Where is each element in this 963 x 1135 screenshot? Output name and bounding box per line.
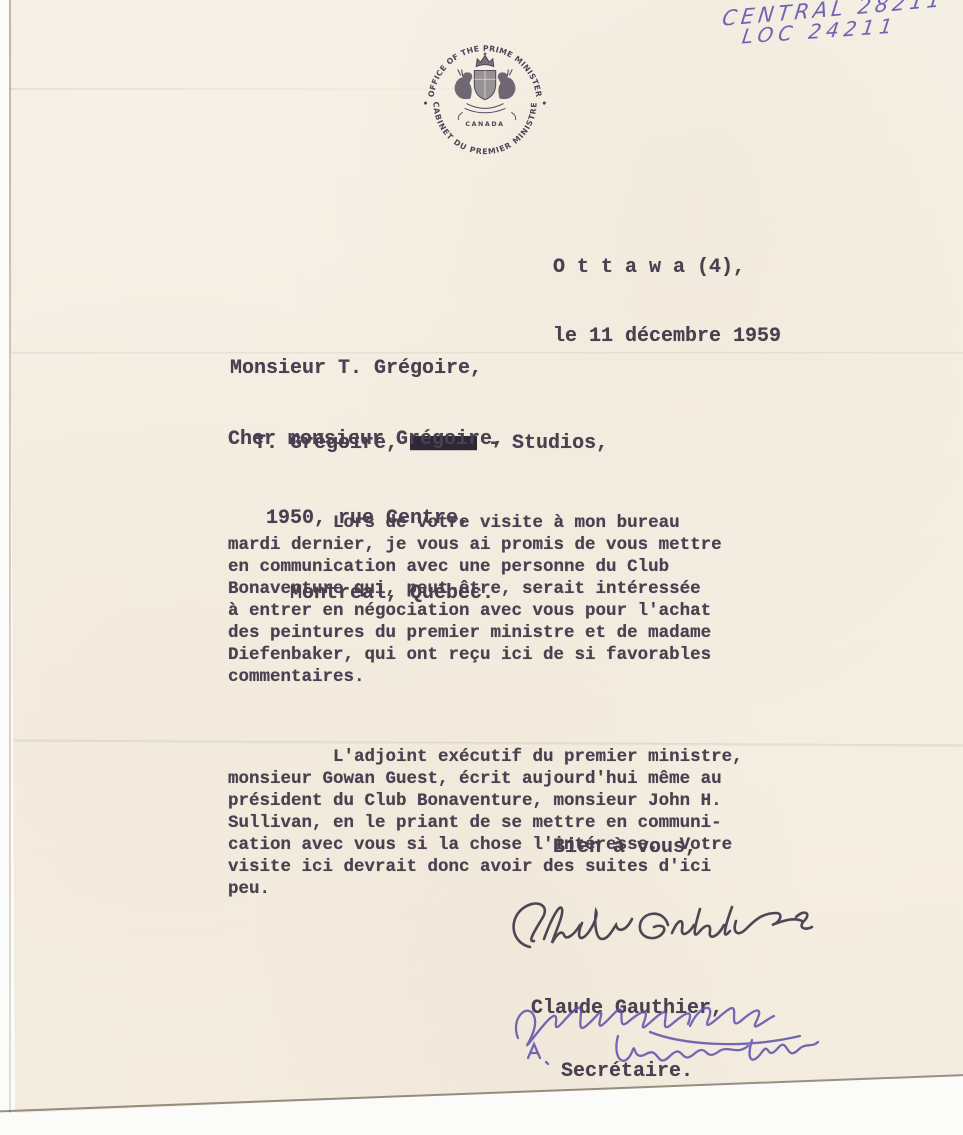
- svg-text:CABINET DU PREMIER MINISTRE: CABINET DU PREMIER MINISTRE: [431, 101, 538, 156]
- body-line: Diefenbaker, qui ont reçu ici de si favo…: [228, 644, 743, 666]
- body-line: à entrer en négociation avec vous pour l…: [228, 600, 743, 622]
- seal-bottom-text: CABINET DU PREMIER MINISTRE: [431, 101, 538, 156]
- letter-paper: CENTRAL 28211 LOC 24211 OFFICE OF THE PR…: [0, 0, 963, 1135]
- signature-ink: [500, 891, 820, 965]
- body-line: monsieur Gowan Guest, écrit aujourd'hui …: [228, 768, 743, 790]
- body-line: commentaires.: [228, 666, 743, 688]
- body-line: Sullivan, en le priant de se mettre en c…: [228, 812, 743, 834]
- body-line: mardi dernier, je vous ai promis de vous…: [228, 534, 743, 556]
- seal-separator-left: •: [423, 99, 429, 109]
- prime-minister-seal: OFFICE OF THE PRIME MINISTER CABINET DU …: [412, 42, 558, 168]
- body-line: des peintures du premier ministre et de …: [228, 622, 743, 644]
- dateline-city: O t t a w a (4),: [553, 256, 781, 279]
- pen-scribble: [500, 996, 890, 1086]
- body-line: visite ici devrait donc avoir des suites…: [228, 856, 743, 878]
- scanned-letter: CENTRAL 28211 LOC 24211 OFFICE OF THE PR…: [0, 0, 963, 1135]
- body-line: Bonaventure qui, peut-être, serait intér…: [228, 578, 743, 600]
- letter-body: Lors de votre visite à mon bureaumardi d…: [228, 468, 743, 944]
- recipient-line: Monsieur T. Grégoire,: [230, 356, 608, 381]
- seal-canada-caption: CANADA: [465, 121, 504, 128]
- salutation: Cher monsieur Grégoire,: [228, 428, 504, 451]
- royal-coat-of-arms-icon: [455, 52, 516, 120]
- paper-left-edge: [9, 0, 11, 1113]
- body-line: en communication avec une personne du Cl…: [228, 556, 743, 578]
- closing-phrase: Bien à vous,: [553, 836, 697, 859]
- body-line: L'adjoint exécutif du premier ministre,: [228, 746, 743, 768]
- seal-separator-right: •: [541, 99, 547, 109]
- body-paragraph-2: L'adjoint exécutif du premier ministre,m…: [228, 746, 743, 900]
- body-line: Lors de votre visite à mon bureau: [228, 512, 743, 534]
- body-line: président du Club Bonaventure, monsieur …: [228, 790, 743, 812]
- body-paragraph-1: Lors de votre visite à mon bureaumardi d…: [228, 512, 743, 688]
